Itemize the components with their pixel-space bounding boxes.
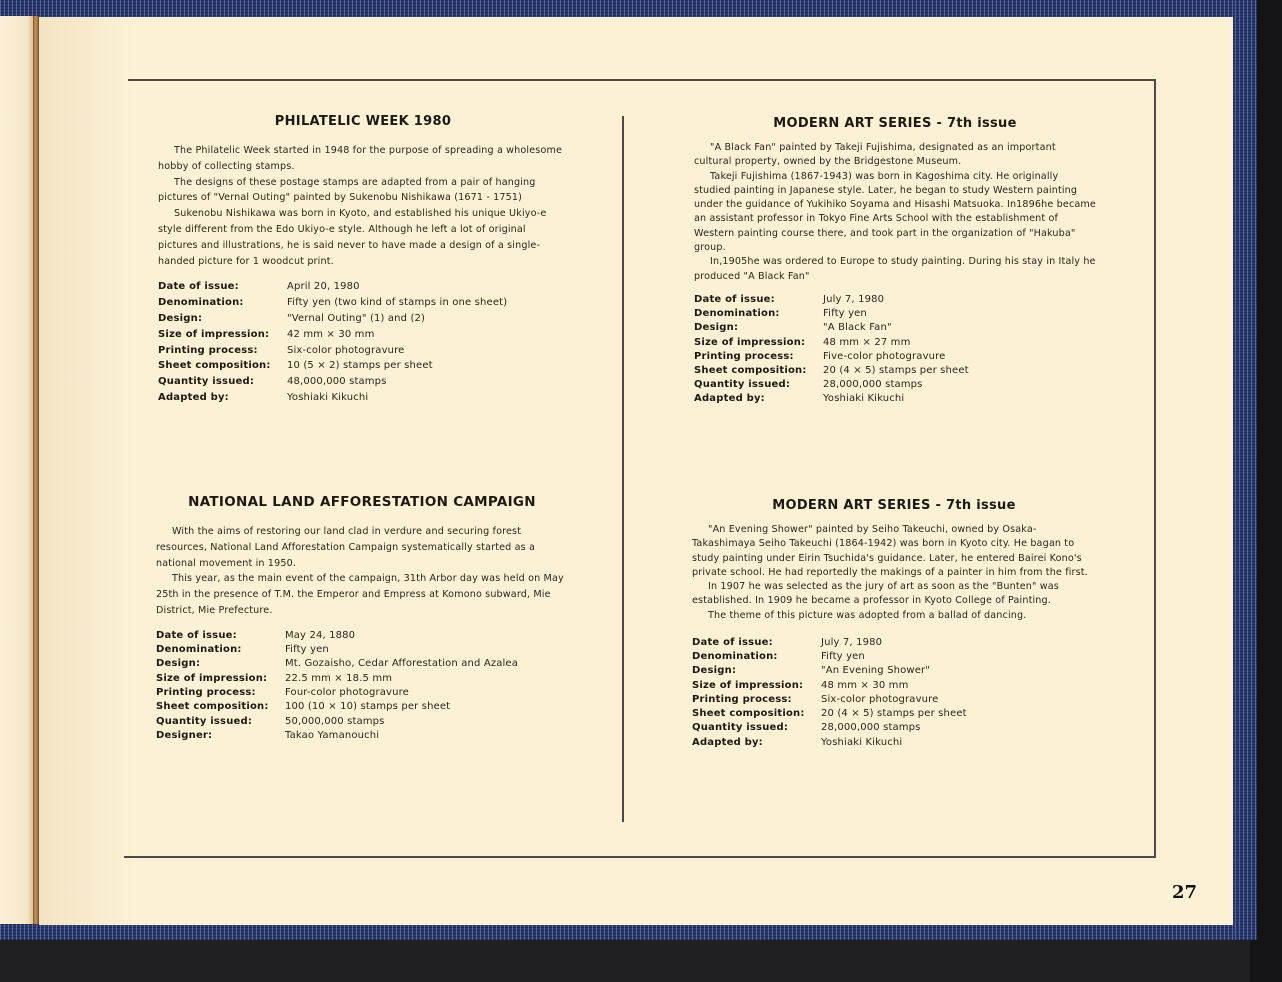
spec-value: Fifty yen	[823, 307, 1096, 321]
spec-value: "Vernal Outing" (1) and (2)	[287, 311, 568, 327]
frame-rule-bottom	[124, 856, 1156, 858]
spec-row: Denomination:Fifty yen (two kind of stam…	[158, 295, 568, 311]
spec-value: May 24, 1880	[285, 629, 568, 643]
spec-label: Denomination:	[694, 307, 823, 321]
spec-value: 20 (4 × 5) stamps per sheet	[823, 364, 1096, 378]
spec-value: 20 (4 × 5) stamps per sheet	[821, 707, 1096, 721]
spec-row: Date of issue:April 20, 1980	[158, 279, 568, 295]
paragraph: The Philatelic Week started in 1948 for …	[158, 143, 568, 175]
column-divider	[622, 116, 624, 822]
paragraph: Sukenobu Nishikawa was born in Kyoto, an…	[158, 206, 568, 269]
spec-row: Quantity issued:50,000,000 stamps	[156, 715, 568, 729]
spec-label: Denomination:	[156, 643, 285, 657]
spec-label: Design:	[156, 657, 285, 671]
spec-label: Size of impression:	[692, 679, 821, 693]
spec-value: 28,000,000 stamps	[823, 378, 1096, 392]
spec-value: Five-color photogravure	[823, 350, 1096, 364]
spec-value: 48 mm × 27 mm	[823, 336, 1096, 350]
paragraph: "An Evening Shower" painted by Seiho Tak…	[692, 523, 1096, 580]
spec-label: Printing process:	[158, 343, 287, 359]
spec-value: July 7, 1980	[823, 293, 1096, 307]
spec-value: Yoshiaki Kikuchi	[823, 392, 1096, 406]
page-number: 27	[1172, 882, 1197, 903]
spec-value: Yoshiaki Kikuchi	[821, 736, 1096, 750]
spec-value: "A Black Fan"	[823, 321, 1096, 335]
spec-label: Size of impression:	[156, 672, 285, 686]
spec-value: 10 (5 × 2) stamps per sheet	[287, 358, 568, 374]
spec-value: Six-color photogravure	[821, 693, 1096, 707]
spec-value: 100 (10 × 10) stamps per sheet	[285, 700, 568, 714]
spec-label: Date of issue:	[694, 293, 823, 307]
spec-label: Size of impression:	[158, 327, 287, 343]
paragraph: The designs of these postage stamps are …	[158, 175, 568, 207]
background-surface	[0, 940, 1282, 982]
spec-value: 28,000,000 stamps	[821, 721, 1096, 735]
spec-label: Design:	[694, 321, 823, 335]
spec-row: Design:"A Black Fan"	[694, 321, 1096, 335]
spec-row: Date of issue:July 7, 1980	[692, 636, 1096, 650]
spec-row: Sheet composition:100 (10 × 10) stamps p…	[156, 700, 568, 714]
spec-row: Sheet composition:20 (4 × 5) stamps per …	[694, 364, 1096, 378]
spec-row: Design:"An Evening Shower"	[692, 664, 1096, 678]
section-modern-art-black-fan: MODERN ART SERIES - 7th issue "A Black F…	[694, 116, 1096, 407]
spec-row: Date of issue:July 7, 1980	[694, 293, 1096, 307]
section-philatelic-week: PHILATELIC WEEK 1980 The Philatelic Week…	[158, 114, 568, 406]
spec-row: Size of impression:48 mm × 30 mm	[692, 679, 1096, 693]
spec-list: Date of issue:April 20, 1980 Denominatio…	[158, 279, 568, 405]
spec-row: Printing process:Five-color photogravure	[694, 350, 1096, 364]
spec-row: Design:"Vernal Outing" (1) and (2)	[158, 311, 568, 327]
spec-row: Denomination:Fifty yen	[156, 643, 568, 657]
section-afforestation-campaign: NATIONAL LAND AFFORESTATION CAMPAIGN Wit…	[156, 494, 568, 743]
spec-row: Size of impression:22.5 mm × 18.5 mm	[156, 672, 568, 686]
spec-label: Quantity issued:	[692, 721, 821, 735]
spec-value: 48,000,000 stamps	[287, 374, 568, 390]
spec-label: Sheet composition:	[156, 700, 285, 714]
spec-row: Quantity issued:28,000,000 stamps	[694, 378, 1096, 392]
section-title: NATIONAL LAND AFFORESTATION CAMPAIGN	[156, 494, 568, 510]
spec-row: Designer:Takao Yamanouchi	[156, 729, 568, 743]
paragraph: "A Black Fan" painted by Takeji Fujishim…	[694, 141, 1096, 170]
spec-row: Design:Mt. Gozaisho, Cedar Afforestation…	[156, 657, 568, 671]
spec-label: Denomination:	[158, 295, 287, 311]
paragraph: The theme of this picture was adopted fr…	[692, 609, 1096, 623]
spec-label: Quantity issued:	[158, 374, 287, 390]
spec-value: 50,000,000 stamps	[285, 715, 568, 729]
spec-value: "An Evening Shower"	[821, 664, 1096, 678]
frame-rule-top	[128, 79, 1155, 81]
spec-value: Mt. Gozaisho, Cedar Afforestation and Az…	[285, 657, 535, 671]
spec-label: Adapted by:	[692, 736, 821, 750]
spec-row: Adapted by:Yoshiaki Kikuchi	[692, 736, 1096, 750]
spec-row: Denomination:Fifty yen	[694, 307, 1096, 321]
spec-value: Fifty yen	[285, 643, 568, 657]
book-cover-edge	[1235, 0, 1257, 940]
spec-list: Date of issue:July 7, 1980 Denomination:…	[694, 293, 1096, 407]
spec-label: Sheet composition:	[692, 707, 821, 721]
spec-value: July 7, 1980	[821, 636, 1096, 650]
spec-value: Fifty yen (two kind of stamps in one she…	[287, 295, 568, 311]
section-title: MODERN ART SERIES - 7th issue	[692, 498, 1096, 513]
spec-value: Yoshiaki Kikuchi	[287, 390, 568, 406]
spec-row: Quantity issued:48,000,000 stamps	[158, 374, 568, 390]
spec-value: 48 mm × 30 mm	[821, 679, 1096, 693]
spec-value: Six-color photogravure	[287, 343, 568, 359]
spec-value: Four-color photogravure	[285, 686, 568, 700]
spec-list: Date of issue:May 24, 1880 Denomination:…	[156, 629, 568, 743]
spec-label: Sheet composition:	[694, 364, 823, 378]
spec-row: Size of impression:48 mm × 27 mm	[694, 336, 1096, 350]
spec-value: Takao Yamanouchi	[285, 729, 568, 743]
spec-label: Design:	[692, 664, 821, 678]
spec-label: Quantity issued:	[694, 378, 823, 392]
spec-value: Fifty yen	[821, 650, 1096, 664]
spec-label: Date of issue:	[158, 279, 287, 295]
paragraph: With the aims of restoring our land clad…	[156, 524, 568, 571]
spec-label: Size of impression:	[694, 336, 823, 350]
frame-rule-right	[1154, 79, 1156, 858]
spec-label: Sheet composition:	[158, 358, 287, 374]
spec-label: Printing process:	[692, 693, 821, 707]
spec-label: Designer:	[156, 729, 285, 743]
spec-label: Printing process:	[156, 686, 285, 700]
spec-label: Quantity issued:	[156, 715, 285, 729]
spec-row: Adapted by:Yoshiaki Kikuchi	[158, 390, 568, 406]
spec-row: Size of impression:42 mm × 30 mm	[158, 327, 568, 343]
spec-label: Printing process:	[694, 350, 823, 364]
paragraph: In 1907 he was selected as the jury of a…	[692, 580, 1096, 609]
section-modern-art-evening-shower: MODERN ART SERIES - 7th issue "An Evenin…	[692, 498, 1096, 750]
previous-page-edge	[0, 16, 34, 924]
spec-row: Adapted by:Yoshiaki Kikuchi	[694, 392, 1096, 406]
paragraph: This year, as the main event of the camp…	[156, 571, 568, 618]
spec-label: Denomination:	[692, 650, 821, 664]
spec-row: Sheet composition:10 (5 × 2) stamps per …	[158, 358, 568, 374]
spec-value: 22.5 mm × 18.5 mm	[285, 672, 568, 686]
paragraph: Takeji Fujishima (1867-1943) was born in…	[694, 170, 1096, 256]
spec-row: Quantity issued:28,000,000 stamps	[692, 721, 1096, 735]
spec-label: Adapted by:	[694, 392, 823, 406]
spec-value: 42 mm × 30 mm	[287, 327, 568, 343]
section-title: MODERN ART SERIES - 7th issue	[694, 116, 1096, 131]
spec-row: Denomination:Fifty yen	[692, 650, 1096, 664]
section-title: PHILATELIC WEEK 1980	[158, 114, 568, 129]
spec-label: Date of issue:	[156, 629, 285, 643]
spec-label: Adapted by:	[158, 390, 287, 406]
spec-row: Date of issue:May 24, 1880	[156, 629, 568, 643]
spec-row: Printing process:Six-color photogravure	[692, 693, 1096, 707]
spec-label: Design:	[158, 311, 287, 327]
spec-row: Printing process:Four-color photogravure	[156, 686, 568, 700]
spec-value: April 20, 1980	[287, 279, 568, 295]
spec-list: Date of issue:July 7, 1980 Denomination:…	[692, 636, 1096, 750]
spec-label: Date of issue:	[692, 636, 821, 650]
paragraph: In,1905he was ordered to Europe to study…	[694, 255, 1096, 284]
spec-row: Printing process:Six-color photogravure	[158, 343, 568, 359]
spec-row: Sheet composition:20 (4 × 5) stamps per …	[692, 707, 1096, 721]
